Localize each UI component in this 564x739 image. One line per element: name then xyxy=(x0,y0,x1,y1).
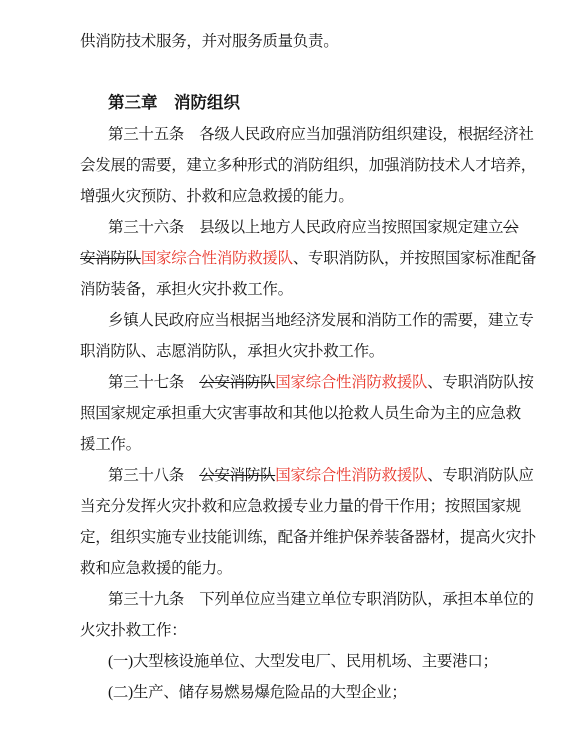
deleted-text: 公 xyxy=(503,219,518,236)
text-line: 消防装备，承担火灾扑救工作。 xyxy=(80,274,528,305)
text-run: 、专职消防队按 xyxy=(427,374,533,391)
text-run: 当充分发挥火灾扑救和应急救援专业力量的骨干作用；按照国家规 xyxy=(80,498,521,515)
heading-text: 第三章 消防组织 xyxy=(108,94,240,112)
chapter-heading: 第三章 消防组织 xyxy=(80,88,528,119)
text-run: 第三十五条 各级人民政府应当加强消防组织建设，根据经济社 xyxy=(108,126,534,143)
text-run: 消防装备，承担火灾扑救工作。 xyxy=(80,281,293,298)
text-line: 第三十九条 下列单位应当建立单位专职消防队，承担本单位的 xyxy=(80,584,528,615)
text-line: 安消防队国家综合性消防救援队、专职消防队，并按照国家标准配备 xyxy=(80,243,528,274)
text-run: (一)大型核设施单位、大型发电厂、民用机场、主要港口； xyxy=(108,653,498,670)
text-run: 第三十六条 县级以上地方人民政府应当按照国家规定建立 xyxy=(108,219,503,236)
document-body: 供消防技术服务，并对服务质量负责。第三章 消防组织第三十五条 各级人民政府应当加… xyxy=(80,26,528,708)
text-line: 第三十八条 公安消防队国家综合性消防救援队、专职消防队应 xyxy=(80,460,528,491)
inserted-text: 国家综合性消防救援队 xyxy=(141,250,293,267)
text-line: 职消防队、志愿消防队，承担火灾扑救工作。 xyxy=(80,336,528,367)
text-run: 第三十七条 xyxy=(108,374,199,391)
text-run: 供消防技术服务，并对服务质量负责。 xyxy=(80,33,338,50)
document-page: 供消防技术服务，并对服务质量负责。第三章 消防组织第三十五条 各级人民政府应当加… xyxy=(0,0,564,739)
inserted-text: 国家综合性消防救援队 xyxy=(275,467,427,484)
text-line: (一)大型核设施单位、大型发电厂、民用机场、主要港口； xyxy=(80,646,528,677)
text-line: 援工作。 xyxy=(80,429,528,460)
text-run: 会发展的需要，建立多种形式的消防组织，加强消防技术人才培养， xyxy=(80,157,536,174)
inserted-text: 国家综合性消防救援队 xyxy=(275,374,427,391)
text-run: 、专职消防队，并按照国家标准配备 xyxy=(293,250,536,267)
text-run: 火灾扑救工作： xyxy=(80,622,186,639)
text-run: 乡镇人民政府应当根据当地经济发展和消防工作的需要，建立专 xyxy=(108,312,534,329)
text-run: 定，组织实施专业技能训练，配备并维护保养装备器材，提高火灾扑 xyxy=(80,529,536,546)
text-run: 照国家规定承担重大灾害事故和其他以抢救人员生命为主的应急救 xyxy=(80,405,521,422)
text-line: 火灾扑救工作： xyxy=(80,615,528,646)
text-line: 增强火灾预防、扑救和应急救援的能力。 xyxy=(80,181,528,212)
text-run: 、专职消防队应 xyxy=(427,467,533,484)
deleted-text: 公安消防队 xyxy=(199,467,275,484)
deleted-text: 安消防队 xyxy=(80,250,141,267)
text-line: 第三十六条 县级以上地方人民政府应当按照国家规定建立公 xyxy=(80,212,528,243)
deleted-text: 公安消防队 xyxy=(199,374,275,391)
text-run: 第三十八条 xyxy=(108,467,199,484)
text-run: 救和应急救援的能力。 xyxy=(80,560,232,577)
text-line: 第三十七条 公安消防队国家综合性消防救援队、专职消防队按 xyxy=(80,367,528,398)
text-run: 援工作。 xyxy=(80,436,141,453)
text-line: (二)生产、储存易燃易爆危险品的大型企业； xyxy=(80,677,528,708)
text-line: 供消防技术服务，并对服务质量负责。 xyxy=(80,26,528,57)
text-run: 增强火灾预防、扑救和应急救援的能力。 xyxy=(80,188,354,205)
text-run: 职消防队、志愿消防队，承担火灾扑救工作。 xyxy=(80,343,384,360)
text-line: 照国家规定承担重大灾害事故和其他以抢救人员生命为主的应急救 xyxy=(80,398,528,429)
text-line: 会发展的需要，建立多种形式的消防组织，加强消防技术人才培养， xyxy=(80,150,528,181)
text-line: 当充分发挥火灾扑救和应急救援专业力量的骨干作用；按照国家规 xyxy=(80,491,528,522)
text-line: 乡镇人民政府应当根据当地经济发展和消防工作的需要，建立专 xyxy=(80,305,528,336)
text-line: 第三十五条 各级人民政府应当加强消防组织建设，根据经济社 xyxy=(80,119,528,150)
text-run: 第三十九条 下列单位应当建立单位专职消防队，承担本单位的 xyxy=(108,591,534,608)
text-line: 定，组织实施专业技能训练，配备并维护保养装备器材，提高火灾扑 xyxy=(80,522,528,553)
text-run: (二)生产、储存易燃易爆危险品的大型企业； xyxy=(108,684,407,701)
text-line: 救和应急救援的能力。 xyxy=(80,553,528,584)
